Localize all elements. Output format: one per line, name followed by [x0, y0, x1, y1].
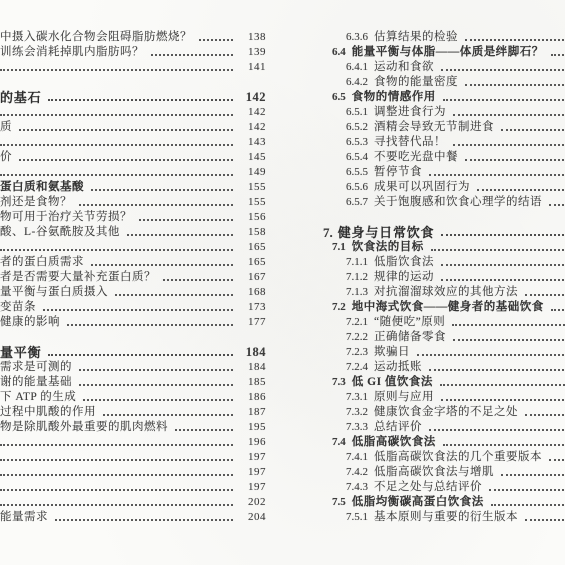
dotted-leader: [429, 428, 565, 431]
dotted-leader: [441, 68, 565, 71]
toc-entry: 7.5.1基本原则与重要的衍生版本: [323, 508, 565, 525]
toc-entry-title: 关于饱腹感和饮食心理学的结语: [374, 195, 542, 210]
dotted-leader: [417, 353, 565, 356]
dotted-leader: [441, 263, 565, 266]
dotted-leader: [55, 518, 233, 521]
dotted-leader: [0, 248, 233, 251]
dotted-leader: [549, 203, 565, 206]
dotted-leader: [453, 113, 565, 116]
dotted-leader: [0, 503, 233, 506]
dotted-leader: [441, 233, 565, 236]
dotted-leader: [48, 353, 233, 356]
dotted-leader: [79, 383, 233, 386]
dotted-leader: [440, 383, 565, 386]
dotted-leader: [0, 458, 233, 461]
dotted-leader: [525, 413, 565, 416]
toc-entry-title: 能量需求: [0, 510, 48, 525]
dotted-leader: [103, 413, 233, 416]
dotted-leader: [115, 293, 233, 296]
toc-entry-title: 基本原则与重要的衍生版本: [374, 510, 518, 525]
dotted-leader: [429, 368, 565, 371]
dotted-leader: [91, 263, 233, 266]
toc-entry: 141: [0, 58, 266, 75]
toc-entry-page-number: 177: [240, 315, 266, 330]
dotted-leader: [0, 473, 233, 476]
dotted-leader: [452, 323, 565, 326]
dotted-leader: [525, 518, 565, 521]
toc-entry: 能量需求204: [0, 508, 266, 525]
dotted-leader: [43, 308, 233, 311]
dotted-leader: [67, 323, 233, 326]
toc-entry: 6.5.7关于饱腹感和饮食心理学的结语: [323, 193, 565, 210]
dotted-leader: [79, 368, 233, 371]
dotted-leader: [431, 248, 565, 251]
toc-entry-number: 7.5.1: [346, 510, 368, 525]
dotted-leader: [139, 218, 233, 221]
dotted-leader: [551, 308, 565, 311]
dotted-leader: [83, 398, 233, 401]
dotted-leader: [465, 38, 565, 41]
dotted-leader: [551, 53, 565, 56]
toc-entry-number: 6.5.7: [346, 195, 368, 210]
dotted-leader: [163, 278, 233, 281]
dotted-leader: [525, 293, 565, 296]
dotted-leader: [199, 38, 233, 41]
toc-entry: 健康的影响177: [0, 313, 266, 330]
dotted-leader: [127, 233, 233, 236]
dotted-leader: [443, 443, 565, 446]
toc-entry-title: 健康的影响: [0, 315, 60, 330]
dotted-leader: [0, 68, 233, 71]
dotted-leader: [0, 173, 233, 176]
dotted-leader: [477, 188, 565, 191]
dotted-leader: [91, 188, 233, 191]
dotted-leader: [441, 278, 565, 281]
dotted-leader: [48, 98, 233, 101]
dotted-leader: [0, 443, 233, 446]
dotted-leader: [0, 488, 233, 491]
dotted-leader: [19, 158, 233, 161]
toc-page-right: 6.3.6估算结果的检验6.4能量平衡与体脂——体质是绊脚石？6.4.1运动和食…: [323, 0, 565, 565]
toc-page-left: 中摄入碳水化合物会阻碍脂肪燃烧？138训练会消耗掉肌内脂肪吗？139141的基石…: [0, 0, 266, 565]
dotted-leader: [151, 53, 233, 56]
dotted-leader: [491, 503, 565, 506]
dotted-leader: [501, 473, 565, 476]
dotted-leader: [501, 128, 565, 131]
dotted-leader: [0, 113, 233, 116]
dotted-leader: [429, 173, 565, 176]
dotted-leader: [465, 83, 565, 86]
dotted-leader: [453, 338, 565, 341]
toc-entry-page-number: 141: [240, 60, 266, 75]
dotted-leader: [79, 203, 233, 206]
dotted-leader: [175, 428, 233, 431]
toc-entry-page-number: 204: [240, 510, 266, 525]
dotted-leader: [465, 158, 565, 161]
dotted-leader: [441, 398, 565, 401]
dotted-leader: [489, 488, 565, 491]
dotted-leader: [453, 143, 565, 146]
dotted-leader: [0, 143, 233, 146]
dotted-leader: [19, 128, 233, 131]
dotted-leader: [549, 458, 565, 461]
dotted-leader: [443, 98, 565, 101]
toc-spread: 中摄入碳水化合物会阻碍脂肪燃烧？138训练会消耗掉肌内脂肪吗？139141的基石…: [0, 0, 565, 565]
